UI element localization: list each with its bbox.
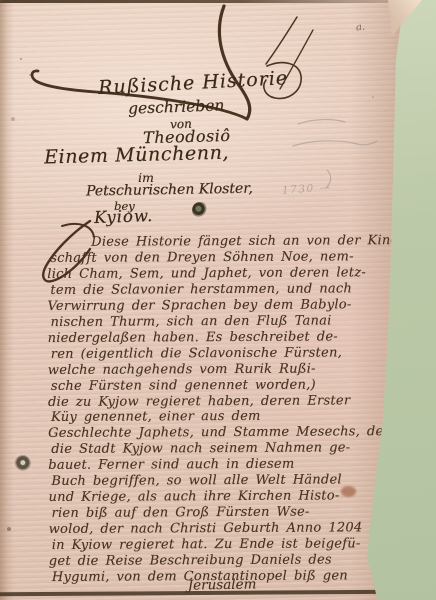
title-line: Rußische Historie (98, 67, 289, 99)
page-top-edge-shadow (0, 0, 398, 3)
title-line: Kyiow. (94, 206, 154, 227)
ink-stamp-blot (192, 202, 209, 218)
body-text-line: schafft von den Dreyen Söhnen Noe, nem- (50, 249, 405, 267)
body-text-line: lich Cham, Sem, und Japhet, von deren le… (47, 265, 405, 283)
body-text-line: die zu Kyjow regieret haben, deren Erste… (48, 393, 406, 411)
body-text-line: ren (eigentlich die Sclavonische Fürsten… (51, 345, 406, 363)
folio-mark: a. (355, 22, 365, 34)
page-left-edge (0, 0, 14, 600)
body-text: Diese Historie fänget sich an von der Ki… (47, 233, 407, 586)
manuscript-photo: a. 1730 — Rußische Historie geschrieben … (0, 0, 436, 600)
body-text-line: tem die Sclavonier herstammen, und nach (50, 281, 405, 299)
body-text-line: nischen Thurm, sich an den Fluß Tanai (51, 313, 406, 331)
title-line: Petschurischen Kloster, (86, 181, 253, 200)
body-text-line: welche nachgehends vom Rurik Rußi- (48, 361, 406, 379)
closing-word: Jerusalem (132, 575, 312, 594)
body-text-line: get die Reise Beschreibung Daniels des (49, 552, 407, 570)
title-line: Einem Münchenn, (44, 142, 230, 169)
body-text-line: Diese Historie fänget sich an von der Ki… (47, 233, 405, 251)
body-text-line: niedergelaßen haben. Es beschreibet de- (48, 329, 406, 347)
body-text-line: Geschlechte Japhets, und Stamme Mesechs,… (48, 425, 406, 443)
body-text-line: in Kyiow regieret hat. Zu Ende ist beige… (52, 536, 407, 554)
body-text-line: wolod, der nach Christi Geburth Anno 120… (49, 520, 407, 538)
body-text-line: Verwirrung der Sprachen bey dem Babylo- (47, 297, 405, 315)
pencil-date-note: 1730 — (282, 181, 332, 196)
title-line: geschrieben (128, 96, 225, 117)
body-text-line: Küy genennet, einer aus dem (51, 409, 406, 427)
foxing-specks (0, 0, 2, 2)
body-text-line: rien biß auf den Groß Fürsten Wse- (52, 504, 407, 522)
margin-ink-blot (14, 455, 31, 472)
body-text-line: und Kriege, als auch ihre Kirchen Histo- (48, 488, 406, 506)
manuscript-page: a. 1730 — Rußische Historie geschrieben … (0, 0, 436, 600)
folded-corner (388, 0, 422, 36)
body-text-line: bauet. Ferner sind auch in diesem (48, 456, 406, 474)
body-text-line: Buch begriffen, so woll alle Welt Händel (51, 472, 406, 490)
body-text-line: die Stadt Kyjow nach seinem Nahmen ge- (51, 440, 406, 458)
body-text-line: sche Fürsten sind genennet worden,) (51, 377, 406, 395)
